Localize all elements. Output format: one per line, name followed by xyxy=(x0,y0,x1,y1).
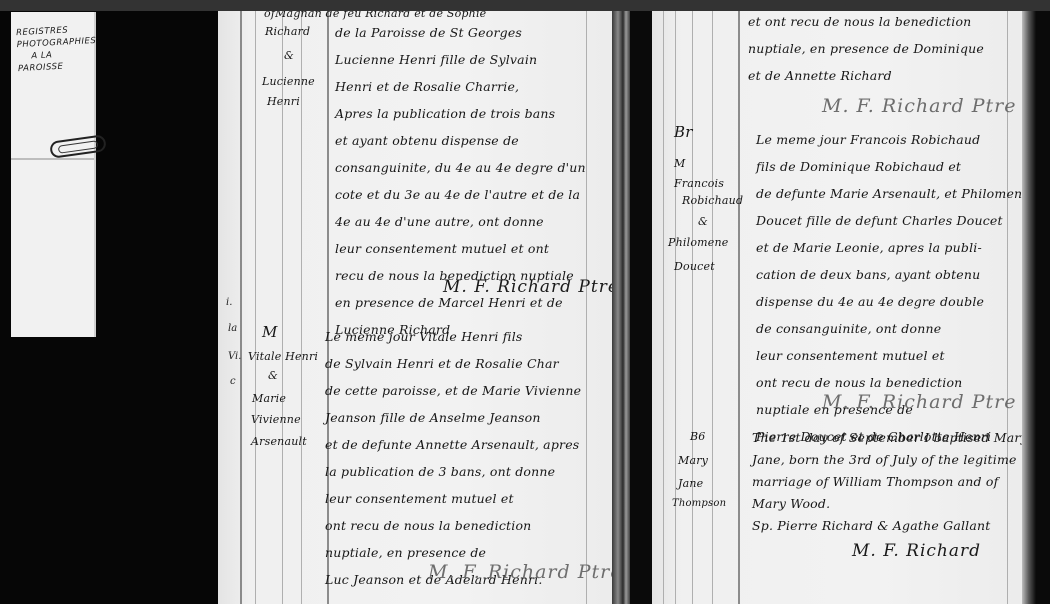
entry-line: de cette paroisse, et de Marie Vivienne xyxy=(325,377,581,404)
entry-line: marriage of William Thompson and of xyxy=(752,471,1024,493)
entry-margin-name: Mary xyxy=(678,454,708,467)
entry-line: de consanguinite, ont donne xyxy=(756,315,1024,342)
entry-line: Doucet fille de defunt Charles Doucet xyxy=(756,207,1024,234)
margin-mark: c xyxy=(230,376,236,387)
priest-signature: M. F. Richard Ptre xyxy=(428,561,614,583)
column-rule xyxy=(738,11,740,604)
column-rule xyxy=(692,11,693,604)
entry-line: et ont recu de nous la benediction xyxy=(748,11,984,35)
entry-line: fils de Dominique Robichaud et xyxy=(756,153,1024,180)
entry-line: leur consentement mutuel et xyxy=(756,342,1024,369)
entry-margin-name: Doucet xyxy=(674,260,715,273)
entry-line: la publication de 3 bans, ont donne xyxy=(325,458,581,485)
entry-margin-name: Henri xyxy=(267,95,300,108)
entry-line: leur consentement mutuel et xyxy=(325,485,581,512)
archive-label-text: REGISTRES PHOTOGRAPHIES A LA PAROISSE xyxy=(16,23,98,75)
column-rule xyxy=(255,11,256,604)
paperclip-icon xyxy=(49,134,107,159)
book-gutter xyxy=(630,11,652,604)
entry-line: de defunte Marie Arsenault, et Philomene xyxy=(756,180,1024,207)
entry-margin-name: B6 xyxy=(690,430,705,443)
entry-line: The 1st day of September I baptised Mary xyxy=(752,427,1024,449)
priest-signature: M. F. Richard Ptre xyxy=(822,391,1016,413)
entry-body: Le meme jour Vitale Henri fils de Sylvai… xyxy=(325,323,581,593)
priest-signature: M. F. Richard xyxy=(852,541,981,561)
margin-mark: la xyxy=(228,323,237,334)
priest-signature: M. F. Richard Ptre xyxy=(822,95,1016,117)
entry-line: dispense du 4e au 4e degre double xyxy=(756,288,1024,315)
archive-label-card: REGISTRES PHOTOGRAPHIES A LA PAROISSE xyxy=(11,12,96,337)
entry-line: Jane, born the 3rd of July of the legiti… xyxy=(752,449,1024,471)
entry-line: Apres la publication de trois bans xyxy=(335,100,586,127)
entry-line: Jeanson fille de Anselme Jeanson xyxy=(325,404,581,431)
entry-margin-name: M xyxy=(674,157,685,170)
entry-margin-name: & xyxy=(284,49,294,62)
entry-line: Sp. Pierre Richard & Agathe Gallant xyxy=(752,515,1024,537)
entry-line: leur consentement mutuel et ont xyxy=(335,235,586,262)
entry-margin-name: Philomene xyxy=(668,236,728,249)
entry-margin-name: M xyxy=(262,323,278,341)
entry-body: et ont recu de nous la benediction nupti… xyxy=(748,11,984,89)
column-rule xyxy=(301,11,302,604)
entry-line: de Sylvain Henri et de Rosalie Char xyxy=(325,350,581,377)
entry-margin-name: Vitale Henri xyxy=(248,350,318,363)
entry-margin-name: Lucienne xyxy=(262,75,315,88)
entry-body: The 1st day of September I baptised Mary… xyxy=(752,427,1024,537)
margin-mark: i. xyxy=(226,297,232,308)
viewer-toolbar xyxy=(0,0,1050,11)
priest-signature: M. F. Richard Ptre xyxy=(443,277,614,297)
column-rule xyxy=(712,11,713,604)
card-fold-line xyxy=(11,158,94,160)
entry-line: 4e au 4e d'une autre, ont donne xyxy=(335,208,586,235)
entry-line: Le meme jour Vitale Henri fils xyxy=(325,323,581,350)
entry-line: Mary Wood. xyxy=(752,493,1024,515)
entry-line: et de Marie Leonie, apres la publi- xyxy=(756,234,1024,261)
entry-margin-name: & xyxy=(268,369,278,382)
page-edge-left xyxy=(612,11,632,604)
entry-line: cation de deux bans, ayant obtenu xyxy=(756,261,1024,288)
register-page-left: i. la Vi. c ofMagnan de feu Richard et d… xyxy=(218,11,614,604)
column-rule xyxy=(240,11,242,604)
entry-line: ont recu de nous la benediction xyxy=(325,512,581,539)
entry-line: cote et du 3e au 4e de l'autre et de la xyxy=(335,181,586,208)
page-edge-right xyxy=(1022,11,1050,604)
entry-margin-name: & xyxy=(698,215,708,228)
column-rule xyxy=(675,11,676,604)
entry-margin-name: Richard xyxy=(265,25,310,38)
entry-line: nuptiale, en presence de Dominique xyxy=(748,35,984,62)
column-rule xyxy=(663,11,664,604)
document-viewer[interactable]: REGISTRES PHOTOGRAPHIES A LA PAROISSE i.… xyxy=(0,11,1050,604)
entry-line: Lucienne Henri fille de Sylvain xyxy=(335,46,586,73)
entry-line: et de defunte Annette Arsenault, apres xyxy=(325,431,581,458)
entry-line: et de Annette Richard xyxy=(748,62,984,89)
entry-line: consanguinite, du 4e au 4e degre d'un xyxy=(335,154,586,181)
entry-line: Henri et de Rosalie Charrie, xyxy=(335,73,586,100)
entry-margin-name: Jane xyxy=(678,477,703,490)
entry-line: de la Paroisse de St Georges xyxy=(335,19,586,46)
entry-margin-name: Vivienne xyxy=(251,413,301,426)
entry-line: et ayant obtenu dispense de xyxy=(335,127,586,154)
entry-margin-name: Br xyxy=(674,123,693,141)
column-rule xyxy=(586,11,587,604)
entry-margin-name: Marie xyxy=(252,392,286,405)
register-page-right: et ont recu de nous la benediction nupti… xyxy=(652,11,1024,604)
entry-line: Le meme jour Francois Robichaud xyxy=(756,126,1024,153)
entry-margin-name: Robichaud xyxy=(682,194,743,207)
entry-margin-name: Thompson xyxy=(672,498,726,509)
margin-mark: Vi. xyxy=(228,351,241,362)
entry-margin-name: Francois xyxy=(674,177,724,190)
entry-margin-name: Arsenault xyxy=(251,435,307,448)
